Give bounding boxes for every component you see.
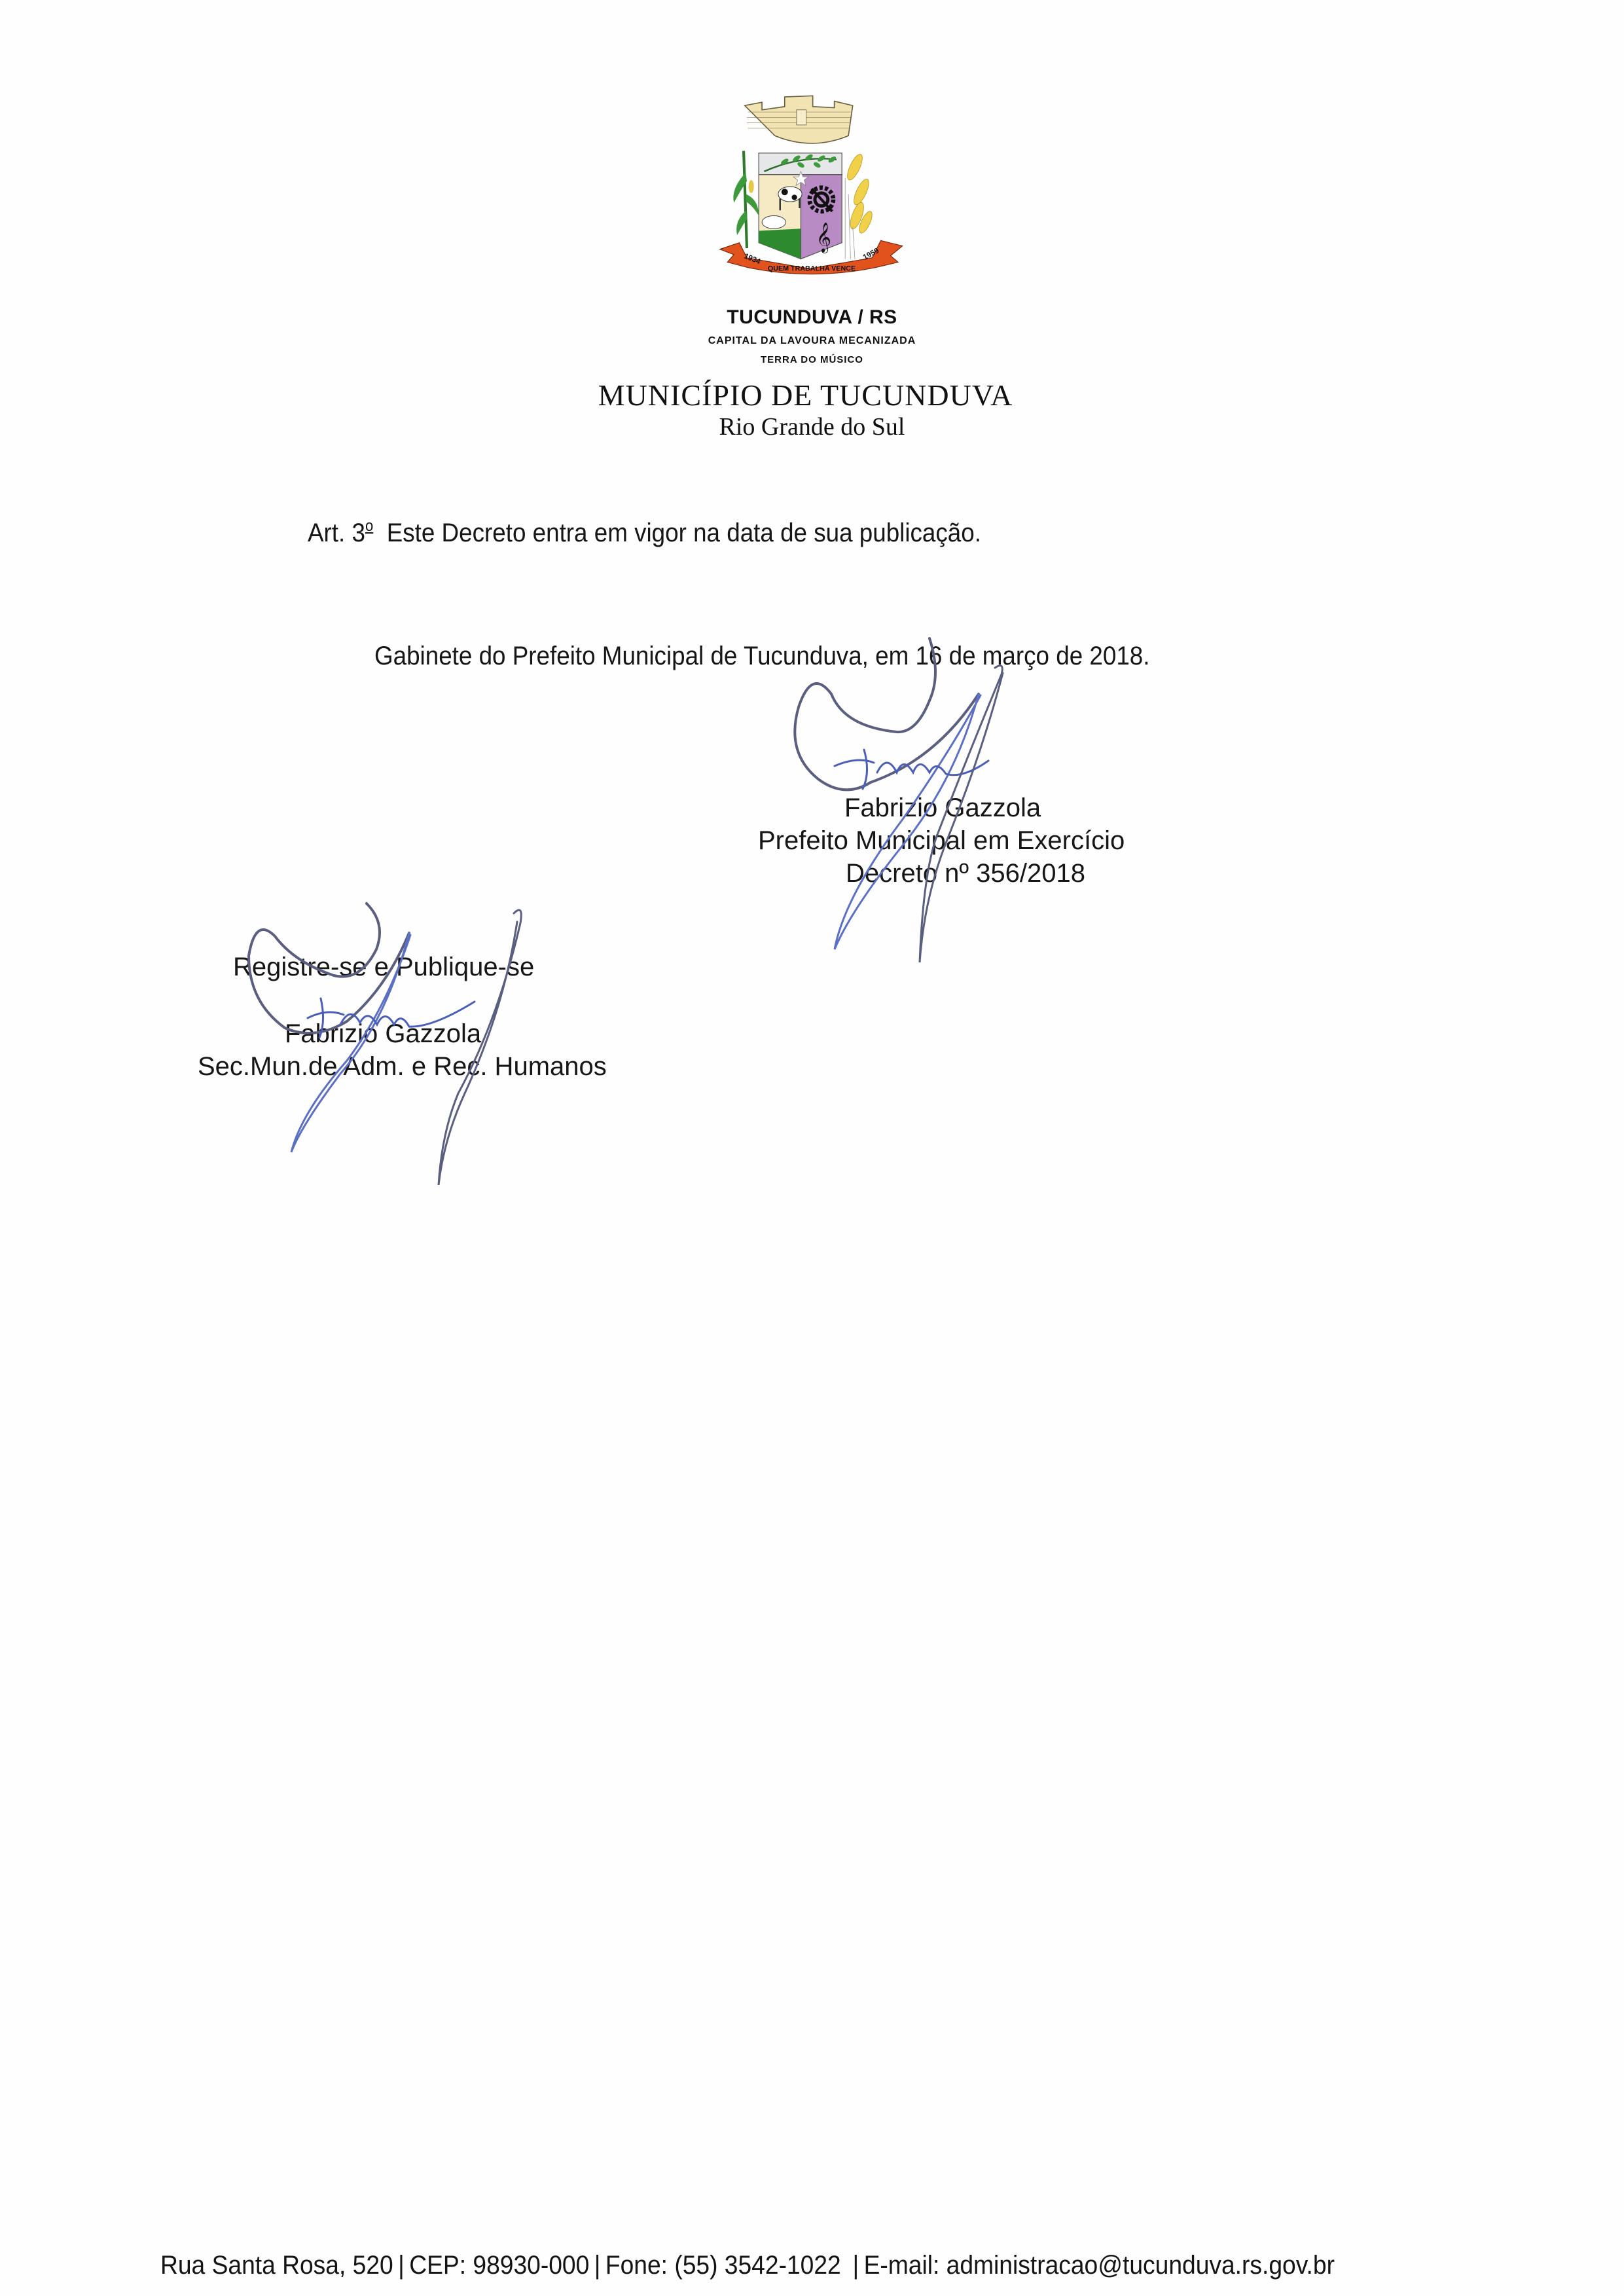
city-title: TUCUNDUVA / RS xyxy=(0,306,1624,329)
footer-divider: | xyxy=(398,2251,405,2280)
motto-line-2: TERRA DO MÚSICO xyxy=(0,354,1624,365)
svg-text:𝄞: 𝄞 xyxy=(816,223,831,254)
article-ordinal: o xyxy=(365,517,373,535)
publication-instruction: Registre-se e Publique-se xyxy=(233,953,534,982)
article-label: Art. 3 xyxy=(308,519,365,547)
footer-contact: Rua Santa Rosa, 520|CEP: 98930-000|Fone:… xyxy=(160,2251,1335,2280)
mayor-name: Fabrizio Gazzola xyxy=(844,793,1041,823)
state-name: Rio Grande do Sul xyxy=(0,412,1624,441)
article-3: Art. 3o Este Decreto entra em vigor na d… xyxy=(308,517,981,548)
footer-divider: | xyxy=(846,2251,859,2280)
municipality-name: MUNICÍPIO DE TUCUNDUVA xyxy=(0,378,1617,412)
article-text: Este Decreto entra em vigor na data de s… xyxy=(387,519,981,547)
closing-statement: Gabinete do Prefeito Municipal de Tucund… xyxy=(374,642,1149,671)
footer-email: E-mail: administracao@tucunduva.rs.gov.b… xyxy=(864,2251,1335,2280)
motto-line-1: CAPITAL DA LAVOURA MECANIZADA xyxy=(0,335,1624,347)
footer-address: Rua Santa Rosa, 520 xyxy=(160,2251,393,2280)
secretary-role: Sec.Mun.de Adm. e Rec. Humanos xyxy=(198,1052,607,1082)
document-page: 𝄞 1934 1959 QUEM TRABALHA xyxy=(0,0,1624,2296)
footer-cep: CEP: 98930-000 xyxy=(409,2251,589,2280)
footer-divider: | xyxy=(594,2251,601,2280)
municipal-crest-icon: 𝄞 1934 1959 QUEM TRABALHA xyxy=(704,72,920,295)
footer-phone: Fone: (55) 3542-1022 xyxy=(605,2251,841,2280)
secretary-name: Fabrizio Gazzola xyxy=(285,1019,481,1049)
svg-text:QUEM TRABALHA VENCE: QUEM TRABALHA VENCE xyxy=(768,265,856,273)
mayor-decree: Decreto nº 356/2018 xyxy=(846,859,1085,888)
mayor-role: Prefeito Municipal em Exercício xyxy=(758,826,1125,856)
